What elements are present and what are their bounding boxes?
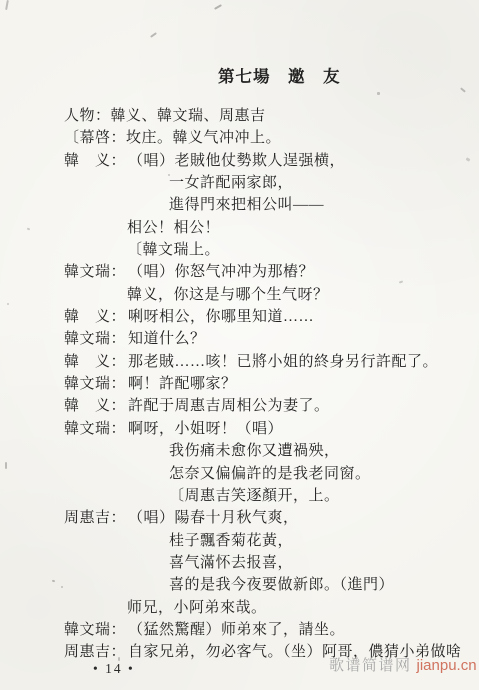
script-line: 桂子飄香菊花黃， (0, 530, 479, 552)
line-text: 相公！相公！ (127, 220, 220, 236)
speaker-name: 韓文瑞： (64, 261, 128, 283)
speaker-name: 周惠吉： (64, 507, 128, 529)
line-text: （猛然驚醒）师弟來了，請坐。 (128, 619, 345, 641)
speaker-name: 韓文瑞： (64, 373, 128, 395)
speaker-name: 韓文瑞： (64, 619, 128, 641)
speaker-name: 韓文瑞： (64, 328, 128, 350)
script-line: 韓 义：許配于周惠吉周相公为妻了。 (0, 395, 479, 417)
script-line: 周惠吉：（唱）陽春十月秋气爽， (0, 507, 479, 529)
line-text: 〔周惠吉笑逐顏开，上。 (169, 488, 340, 504)
script-line: 韓文瑞：（猛然驚醒）师弟來了，請坐。 (0, 619, 479, 641)
line-text: 喜的是我今夜要做新郎。（進門） (169, 577, 394, 593)
scan-speck (7, 303, 9, 305)
line-text: 人物：韓义、韓文瑞、周惠吉 (64, 108, 266, 124)
line-text: （唱）你怒气冲冲为那樁？ (128, 261, 314, 283)
line-text: 一女許配兩家郎， (169, 175, 293, 191)
script-line: 相公！相公！ (0, 217, 479, 239)
script-line: 進得門來把相公叫—— (0, 194, 479, 216)
script-line: 人物：韓义、韓文瑞、周惠吉 (0, 105, 479, 127)
script-line: 喜的是我今夜要做新郎。（進門） (0, 574, 479, 596)
line-text: 〔幕啓：坆庄。韓义气冲冲上。 (64, 130, 281, 146)
script-line: 韓文瑞：啊呀，小姐呀！（唱） (0, 418, 479, 440)
scan-speck (150, 32, 157, 38)
line-text: 啊呀，小姐呀！（唱） (128, 418, 283, 440)
script-line: 〔周惠吉笑逐顏开，上。 (0, 485, 479, 507)
script-line: 韓 义：那老賊……咳！已將小姐的終身另行許配了。 (0, 351, 479, 373)
line-text: （唱）陽春十月秋气爽， (128, 507, 299, 529)
scan-speck (61, 586, 63, 588)
script-line: 韓义，你这是与哪个生气呀？ (0, 284, 479, 306)
script-line: 我伤痛未愈你又遭禍殃， (0, 440, 479, 462)
line-text: 許配于周惠吉周相公为妻了。 (128, 395, 330, 417)
script-line: 师兄，小阿弟來哉。 (0, 597, 479, 619)
script-line: 怎奈又偏偏許的是我老同窗。 (0, 463, 479, 485)
script-line: 韓文瑞：（唱）你怒气冲冲为那樁？ (0, 261, 479, 283)
script-line: 韓文瑞：啊！許配哪家？ (0, 373, 479, 395)
script-line: 一女許配兩家郎， (0, 172, 479, 194)
watermark: 歌谱简谱网jianpu.cn (329, 654, 477, 675)
script-line: 〔韓文瑞上。 (0, 239, 479, 261)
speaker-name: 韓文瑞： (64, 418, 128, 440)
scene-title: 第七場 邀 友 (218, 0, 479, 88)
scan-speck (5, 462, 7, 469)
watermark-url: jianpu.cn (417, 657, 477, 674)
line-text: 唎呀相公，你哪里知道…… (128, 306, 314, 328)
speaker-name: 韓 义： (64, 351, 128, 373)
line-text: 我伤痛未愈你又遭禍殃， (169, 443, 340, 459)
line-text: 喜气滿怀去报喜， (169, 555, 293, 571)
speaker-name: 韓 义： (64, 306, 128, 328)
line-text: 怎奈又偏偏許的是我老同窗。 (169, 466, 371, 482)
line-text: 师兄，小阿弟來哉。 (127, 600, 267, 616)
script-line: 韓 义：（唱）老賊他仗勢欺人逞强横， (0, 150, 479, 172)
line-text: 韓义，你这是与哪个生气呀？ (127, 287, 329, 303)
scan-speck (52, 580, 55, 583)
script-line: 喜气滿怀去报喜， (0, 552, 479, 574)
watermark-site-name: 歌谱简谱网 (329, 657, 412, 674)
scan-speck (5, 0, 9, 10)
script-line: 〔幕啓：坆庄。韓义气冲冲上。 (0, 127, 479, 149)
line-text: 進得門來把相公叫—— (169, 197, 324, 213)
speaker-name: 韓 义： (64, 150, 128, 172)
line-text: 知道什么？ (128, 328, 206, 350)
script-line: 韓文瑞：知道什么？ (0, 328, 479, 350)
scan-speck (118, 657, 120, 661)
script-lines: 人物：韓义、韓文瑞、周惠吉〔幕啓：坆庄。韓义气冲冲上。韓 义：（唱）老賊他仗勢欺… (0, 105, 479, 664)
speaker-name: 韓 义： (64, 395, 128, 417)
line-text: （唱）老賊他仗勢欺人逞强横， (128, 150, 345, 172)
scan-speck (377, 92, 380, 95)
line-text: 啊！許配哪家？ (128, 373, 237, 395)
line-text: 桂子飄香菊花黃， (169, 533, 293, 549)
script-line: 韓 义：唎呀相公，你哪里知道…… (0, 306, 479, 328)
script-page: 第七場 邀 友 人物：韓义、韓文瑞、周惠吉〔幕啓：坆庄。韓义气冲冲上。韓 义：（… (0, 0, 479, 690)
line-text: 〔韓文瑞上。 (127, 242, 220, 258)
scan-speck (460, 87, 466, 92)
line-text: 那老賊……咳！已將小姐的終身另行許配了。 (128, 351, 438, 373)
page-number: • 14 • (93, 661, 135, 677)
scan-speck (168, 174, 170, 176)
